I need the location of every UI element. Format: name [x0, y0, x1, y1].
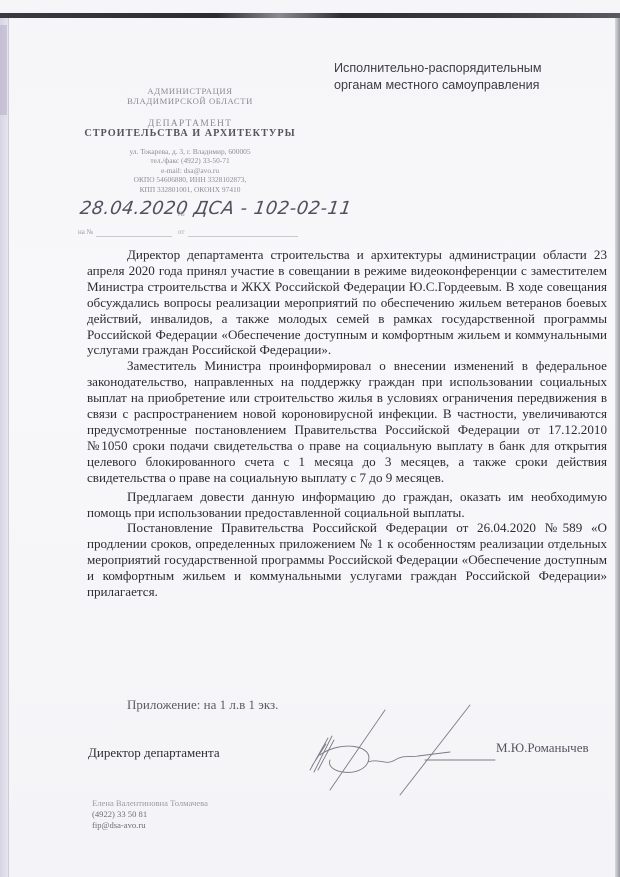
handwritten-signature-icon [290, 700, 520, 800]
body-paragraph-4: Постановление Правительства Российской Ф… [87, 520, 607, 600]
letterhead-region: ВЛАДИМИРСКОЙ ОБЛАСТИ [70, 96, 310, 106]
body-paragraph-3: Предлагаем довести данную информацию до … [87, 489, 607, 521]
scanned-letter-page: АДМИНИСТРАЦИЯ ВЛАДИМИРСКОЙ ОБЛАСТИ ДЕПАР… [0, 0, 620, 877]
from-label: от [178, 228, 184, 236]
letterhead-address: ул. Токарева, д. 3, г. Владимир, 600005 [70, 147, 310, 156]
executor-name: Елена Валентиновна Толмачева [92, 798, 208, 809]
handwritten-reg-number: ДСА - 102-02-11 [193, 198, 353, 219]
scan-top-edge [0, 13, 620, 18]
recipient-line-1: Исполнительно-распорядительным [334, 60, 594, 77]
letterhead: АДМИНИСТРАЦИЯ ВЛАДИМИРСКОЙ ОБЛАСТИ ДЕПАР… [70, 86, 310, 194]
recipient-block: Исполнительно-распорядительным органам м… [334, 60, 594, 94]
letterhead-codes-2: КПП 332801001, ОКОНХ 97410 [70, 185, 310, 194]
handwritten-date: 28.04.2020 [79, 198, 190, 219]
signer-title: Директор департамента [88, 745, 220, 761]
body-paragraph-2: Заместитель Министра проинформировал о в… [87, 358, 607, 485]
scan-left-shadow [0, 25, 7, 115]
reply-to-label: на № [78, 228, 93, 236]
letterhead-administration: АДМИНИСТРАЦИЯ [70, 86, 310, 96]
letterhead-email: e-mail: dsa@avo.ru [70, 166, 310, 175]
attachment-note: Приложение: на 1 л.в 1 экз. [127, 697, 278, 713]
letterhead-phone: тел./факс (4922) 33-50-71 [70, 156, 310, 165]
executor-phone: (4922) 33 50 81 [92, 809, 208, 820]
body-paragraph-1: Директор департамента строительства и ар… [87, 247, 607, 358]
letterhead-department-name: СТРОИТЕЛЬСТВА И АРХИТЕКТУРЫ [70, 129, 310, 139]
number-label: № [178, 210, 185, 218]
reply-to-line [96, 236, 172, 237]
recipient-line-2: органам местного самоуправления [334, 77, 594, 94]
letterhead-codes-1: ОКПО 54606880, ИНН 3328102873, [70, 175, 310, 184]
letter-body: Директор департамента строительства и ар… [87, 247, 607, 600]
executor-email: fip@dsa-avo.ru [92, 820, 208, 831]
executor-contact: Елена Валентиновна Толмачева (4922) 33 5… [92, 798, 208, 831]
scan-right-edge [615, 18, 620, 877]
from-line [188, 236, 298, 237]
scan-left-edge [0, 18, 9, 877]
letterhead-contacts: ул. Токарева, д. 3, г. Владимир, 600005 … [70, 147, 310, 194]
signer-name: М.Ю.Романычев [496, 740, 589, 756]
